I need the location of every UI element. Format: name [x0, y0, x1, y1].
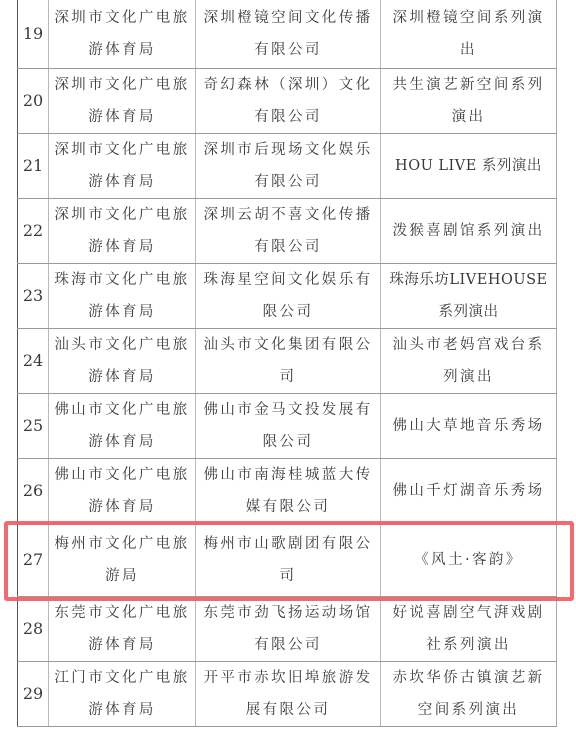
table-row: 19 深圳市文化广电旅游体育局 深圳橙镜空间文化传播有限公司 深圳橙镜空间系列演…	[18, 0, 557, 68]
operator-cell: 深圳市后现场文化娱乐有限公司	[196, 133, 381, 198]
project-cell: 佛山大草地音乐秀场	[381, 393, 557, 458]
operator-cell: 佛山市金马文投发展有限公司	[196, 393, 381, 458]
operator-cell: 深圳橙镜空间文化传播有限公司	[196, 0, 381, 68]
row-number: 19	[18, 0, 49, 68]
authority-cell: 深圳市文化广电旅游体育局	[49, 68, 196, 133]
project-cell: 佛山千灯湖音乐秀场	[381, 458, 557, 523]
authority-cell: 佛山市文化广电旅游体育局	[49, 393, 196, 458]
operator-cell: 梅州市山歌剧团有限公司	[196, 523, 381, 596]
authority-cell: 汕头市文化广电旅游体育局	[49, 328, 196, 393]
operator-cell: 开平市赤坎旧埠旅游发展有限公司	[196, 661, 381, 726]
operator-cell: 汕头市文化集团有限公司	[196, 328, 381, 393]
project-cell: 珠海乐坊LIVEHOUSE 系列演出	[381, 263, 557, 328]
authority-cell: 东莞市文化广电旅游体育局	[49, 596, 196, 661]
table-row: 26 佛山市文化广电旅游体育局 佛山市南海桂城蓝大传媒有限公司 佛山千灯湖音乐秀…	[18, 458, 557, 523]
row-number: 27	[18, 523, 49, 596]
row-number: 21	[18, 133, 49, 198]
row-number: 25	[18, 393, 49, 458]
authority-cell: 江门市文化广电旅游体育局	[49, 661, 196, 726]
authority-cell: 深圳市文化广电旅游体育局	[49, 198, 196, 263]
table-row: 28 东莞市文化广电旅游体育局 东莞市劲飞扬运动场馆有限公司 好说喜剧空气湃戏剧…	[18, 596, 557, 661]
authority-cell: 梅州市文化广电旅游局	[49, 523, 196, 596]
performance-list-table: 19 深圳市文化广电旅游体育局 深圳橙镜空间文化传播有限公司 深圳橙镜空间系列演…	[17, 0, 557, 727]
project-cell: 好说喜剧空气湃戏剧社系列演出	[381, 596, 557, 661]
operator-cell: 奇幻森林（深圳）文化有限公司	[196, 68, 381, 133]
project-cell: HOU LIVE 系列演出	[381, 133, 557, 198]
table-row: 29 江门市文化广电旅游体育局 开平市赤坎旧埠旅游发展有限公司 赤坎华侨古镇演艺…	[18, 661, 557, 726]
operator-cell: 深圳云胡不喜文化传播有限公司	[196, 198, 381, 263]
project-cell: 赤坎华侨古镇演艺新空间系列演出	[381, 661, 557, 726]
project-cell: 《风土·客韵》	[381, 523, 557, 596]
project-cell: 共生演艺新空间系列演出	[381, 68, 557, 133]
authority-cell: 深圳市文化广电旅游体育局	[49, 133, 196, 198]
operator-cell: 珠海星空间文化娱乐有限公司	[196, 263, 381, 328]
table-row-highlighted: 27 梅州市文化广电旅游局 梅州市山歌剧团有限公司 《风土·客韵》	[18, 523, 557, 596]
row-number: 20	[18, 68, 49, 133]
row-number: 23	[18, 263, 49, 328]
row-number: 26	[18, 458, 49, 523]
authority-cell: 深圳市文化广电旅游体育局	[49, 0, 196, 68]
table-row: 20 深圳市文化广电旅游体育局 奇幻森林（深圳）文化有限公司 共生演艺新空间系列…	[18, 68, 557, 133]
row-number: 24	[18, 328, 49, 393]
project-cell: 汕头市老妈宫戏台系列演出	[381, 328, 557, 393]
row-number: 29	[18, 661, 49, 726]
authority-cell: 佛山市文化广电旅游体育局	[49, 458, 196, 523]
table-row: 24 汕头市文化广电旅游体育局 汕头市文化集团有限公司 汕头市老妈宫戏台系列演出	[18, 328, 557, 393]
authority-cell: 珠海市文化广电旅游体育局	[49, 263, 196, 328]
operator-cell: 东莞市劲飞扬运动场馆有限公司	[196, 596, 381, 661]
operator-cell: 佛山市南海桂城蓝大传媒有限公司	[196, 458, 381, 523]
row-number: 28	[18, 596, 49, 661]
table-row: 21 深圳市文化广电旅游体育局 深圳市后现场文化娱乐有限公司 HOU LIVE …	[18, 133, 557, 198]
project-cell: 泼猴喜剧馆系列演出	[381, 198, 557, 263]
row-number: 22	[18, 198, 49, 263]
table-row: 22 深圳市文化广电旅游体育局 深圳云胡不喜文化传播有限公司 泼猴喜剧馆系列演出	[18, 198, 557, 263]
project-cell: 深圳橙镜空间系列演出	[381, 0, 557, 68]
table-row: 25 佛山市文化广电旅游体育局 佛山市金马文投发展有限公司 佛山大草地音乐秀场	[18, 393, 557, 458]
table-row: 23 珠海市文化广电旅游体育局 珠海星空间文化娱乐有限公司 珠海乐坊LIVEHO…	[18, 263, 557, 328]
